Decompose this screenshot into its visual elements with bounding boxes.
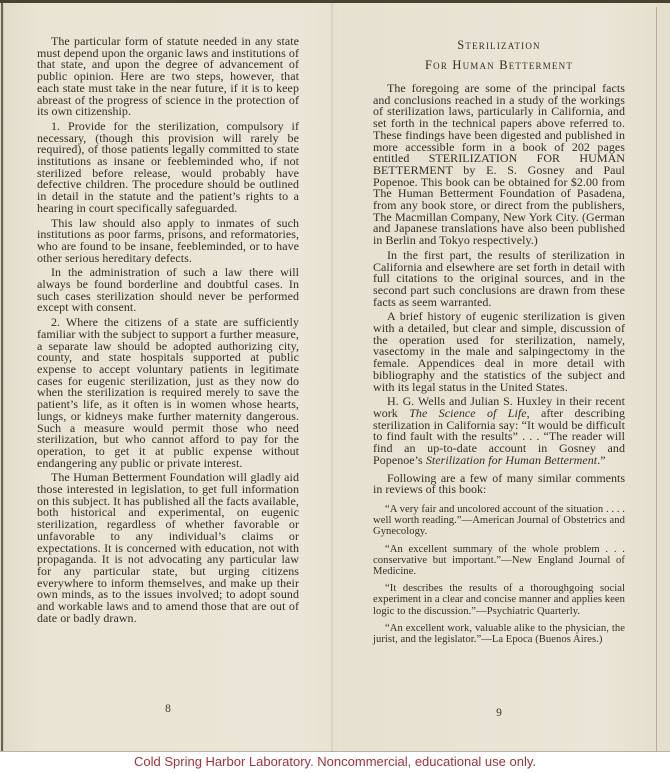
article-heading: Sterilization For Human Betterment [373, 39, 625, 72]
caption-bar: Cold Spring Harbor Laboratory. Noncommer… [0, 752, 670, 773]
article-title-line2: For Human Betterment [373, 59, 625, 72]
paragraph: This law should also apply to inmates of… [37, 218, 299, 265]
caption-text: Cold Spring Harbor Laboratory. Noncommer… [134, 754, 536, 769]
paragraph: H. G. Wells and Julian S. Huxley in thei… [373, 396, 625, 466]
reviews-intro: Following are a few of many similar comm… [373, 473, 625, 496]
paragraph: In the first part, the results of steril… [373, 250, 625, 309]
review-quote: “It describes the results of a thoroughg… [373, 583, 625, 617]
paragraph: The foregoing are some of the principal … [373, 83, 625, 247]
paragraph: 1. Provide for the sterilization, compul… [37, 121, 299, 215]
page-number-right: 9 [373, 707, 625, 719]
page-right: Sterilization For Human Betterment The f… [332, 3, 670, 755]
paragraph: In the administration of such a law ther… [37, 267, 299, 314]
page-edge-line [656, 7, 657, 751]
article-title-line1: Sterilization [373, 39, 625, 52]
page-right-paragraphs: The foregoing are some of the principal … [373, 83, 625, 467]
review-quote: “A very fair and uncolored account of th… [373, 504, 625, 538]
paragraph: 2. Where the citizens of a state are suf… [37, 317, 299, 469]
document-scan: The particular form of statute needed in… [0, 0, 670, 773]
review-quote: “An excellent summary of the whole probl… [373, 544, 625, 578]
page-fold-crease [331, 3, 333, 755]
paragraph: A brief history of eugenic sterilization… [373, 311, 625, 393]
review-quote: “An excellent work, valuable alike to th… [373, 623, 625, 645]
page-right-text: The foregoing are some of the principal … [373, 83, 625, 651]
paragraph: The Human Betterment Foundation will gla… [37, 472, 299, 624]
reviews-list: “A very fair and uncolored account of th… [373, 504, 625, 645]
page-left-text: The particular form of statute needed in… [37, 36, 299, 627]
page-left: The particular form of statute needed in… [0, 3, 332, 755]
paragraph: The particular form of statute needed in… [37, 36, 299, 118]
booklet-paper: The particular form of statute needed in… [0, 0, 670, 752]
page-number-left: 8 [37, 703, 299, 715]
